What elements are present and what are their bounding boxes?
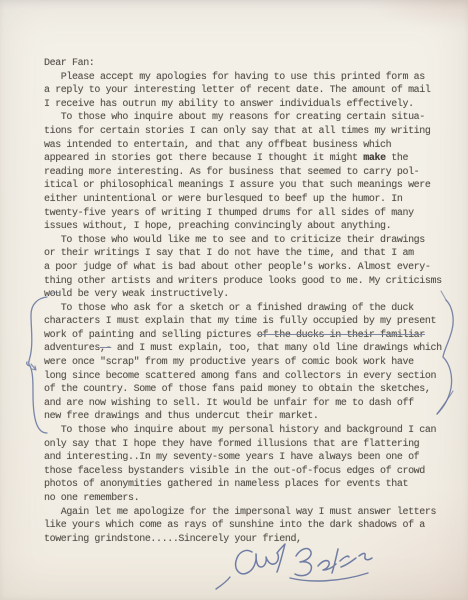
letter-line: a poor judge of what is bad about other … — [44, 261, 456, 275]
letter-line: issues without, I hope, preaching convin… — [44, 220, 456, 234]
letter-line: reading more interesting. As for busines… — [44, 166, 456, 180]
letter-line: long since become scattered among fans a… — [44, 370, 456, 384]
letter-line: photos of anonymities gathered in namele… — [44, 478, 456, 492]
letter-line: and are now wishing to sell. It would be… — [44, 397, 456, 411]
letter-line: of the country. Some of those fans paid … — [44, 383, 456, 397]
letter-line: I receive has outrun my ability to answe… — [44, 98, 456, 112]
letter-line: only say that I hope they have formed il… — [44, 438, 456, 452]
letter-line: To those who would like me to see and to… — [44, 234, 456, 248]
letter-body: Dear Fan: Please accept my apologies for… — [44, 57, 456, 546]
letter-line: no one remembers. — [44, 492, 456, 506]
letter-line: To those who ask for a sketch or a finis… — [44, 302, 456, 316]
left-brace-arrow-tip — [31, 364, 36, 370]
letter-line: appeared in stories got there because I … — [44, 152, 456, 166]
letter-line: was intended to entertain, and that any … — [44, 139, 456, 153]
letter-line: either unintentional or were burlesqued … — [44, 193, 456, 207]
letter-line: Again let me apologize for the impersona… — [44, 506, 456, 520]
letter-line: itical or philosophical meanings I assur… — [44, 179, 456, 193]
letter-line: those faceless bystanders visible in the… — [44, 465, 456, 479]
letter-line: and interesting..In my seventy-some year… — [44, 451, 456, 465]
letter-line: Please accept my apologies for having to… — [44, 71, 456, 85]
letter-line: like yours which come as rays of sunshin… — [44, 519, 456, 533]
letter-line: twenty-five years of writing I thumped d… — [44, 207, 456, 221]
letter-line: or their writings I say that I do not ha… — [44, 247, 456, 261]
letter-line: Dear Fan: — [44, 57, 456, 71]
letter-line: To those who inquire about my reasons fo… — [44, 111, 456, 125]
letter-line: work of painting and selling pictures of… — [44, 329, 456, 343]
letter-line: thing other artists and writers produce … — [44, 275, 456, 289]
letter-line: would be very weak instructively. — [44, 288, 456, 302]
letter-line: towering grindstone.....Sincerely your f… — [44, 533, 456, 547]
letter-line: characters I must explain that my time i… — [44, 315, 456, 329]
letter-line: tions for certain stories I can only say… — [44, 125, 456, 139]
letter-line: a reply to your interesting letter of re… — [44, 84, 456, 98]
letter-line: adventures,- and I must explain, too, th… — [44, 342, 456, 356]
letter-line: To those who inquire about my personal h… — [44, 424, 456, 438]
letter-line: new free drawings and thus undercut thei… — [44, 410, 456, 424]
scanned-letter-page: Dear Fan: Please accept my apologies for… — [0, 0, 468, 600]
letter-line: were once "scrap" from my productive yea… — [44, 356, 456, 370]
